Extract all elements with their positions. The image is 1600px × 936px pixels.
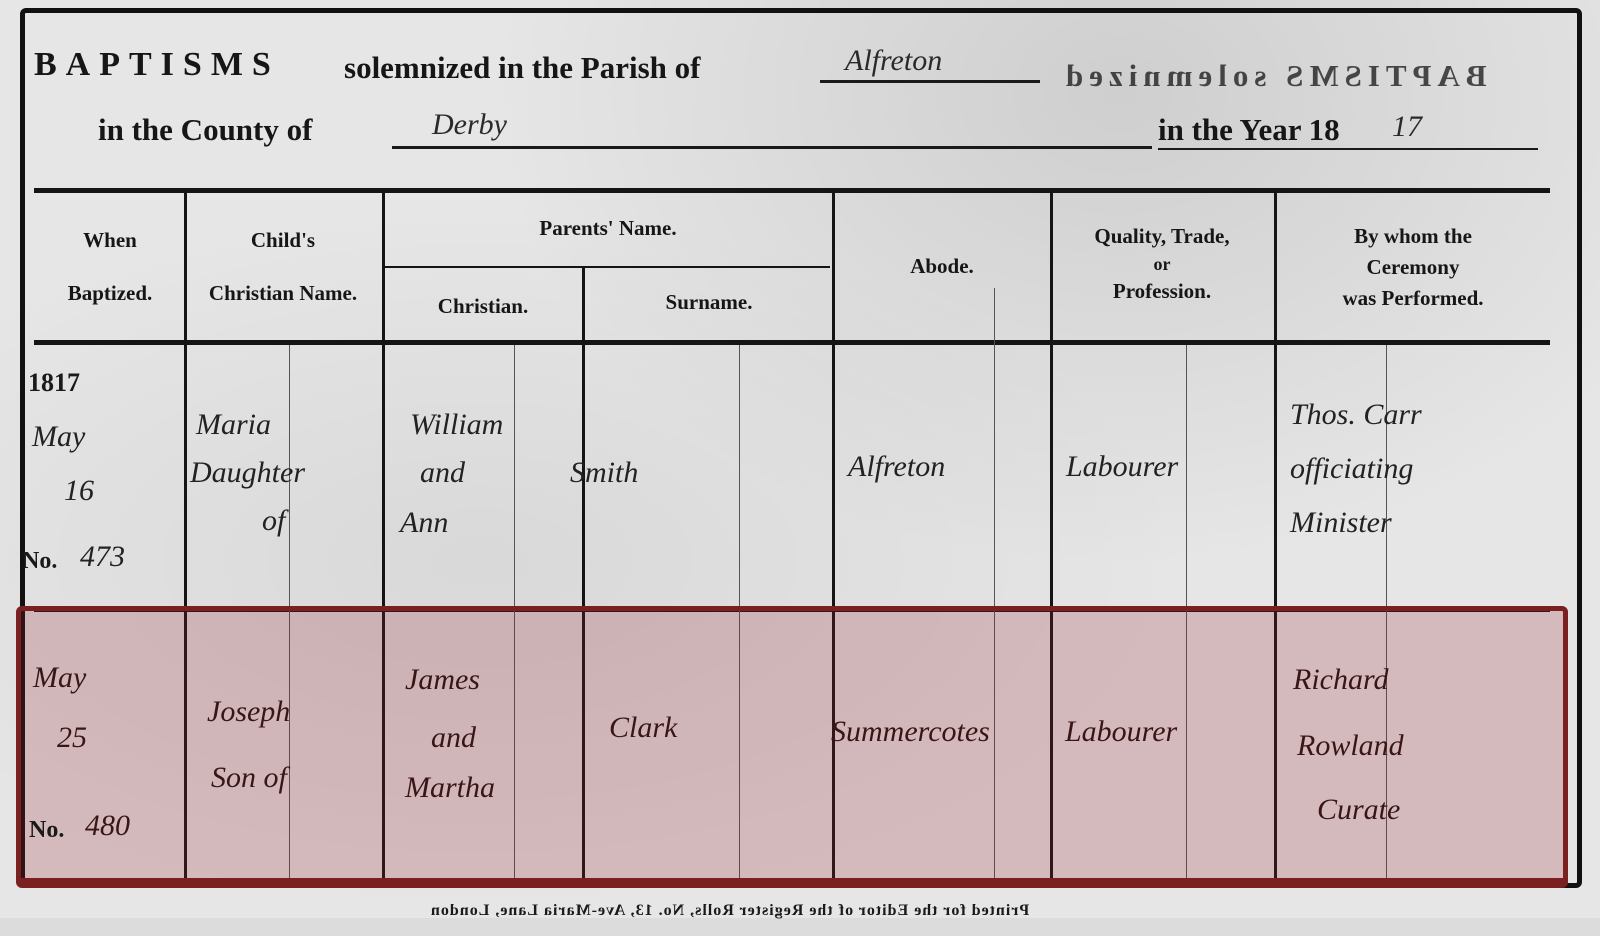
minister-surname: Rowland xyxy=(1297,729,1404,763)
parent-and: and xyxy=(431,721,476,755)
printer-imprint: Printed for the Editor of the Register R… xyxy=(430,902,1029,920)
parish-underline xyxy=(820,80,1040,83)
minister-title: Curate xyxy=(1317,793,1400,827)
county-name: Derby xyxy=(432,108,507,142)
header-trade-line1: Quality, Trade, xyxy=(1054,226,1270,247)
abode: Summercotes xyxy=(831,715,990,749)
header-parents-name: Parents' Name. xyxy=(388,218,828,239)
header-parents-surname: Surname. xyxy=(586,292,832,313)
minister-role: officiating xyxy=(1290,452,1413,486)
header-when: When Baptized. xyxy=(40,230,180,304)
parent-father: William xyxy=(410,408,503,442)
entry-day: 25 xyxy=(57,721,87,755)
child-name: Maria xyxy=(196,408,271,442)
year-value: 17 xyxy=(1392,110,1422,144)
header-minister-line1: By whom the xyxy=(1280,226,1546,247)
trade: Labourer xyxy=(1065,715,1177,749)
entry-day: 16 xyxy=(64,474,94,508)
header-parents-christian: Christian. xyxy=(388,296,578,317)
child-relation: Daughter xyxy=(190,456,305,490)
year-underline xyxy=(1158,148,1538,150)
header-when-line1: When xyxy=(40,230,180,251)
year-label: in the Year 18 xyxy=(1158,112,1340,148)
parent-father: James xyxy=(405,663,480,697)
header-trade: Quality, Trade, or Profession. xyxy=(1054,226,1270,302)
abode: Alfreton xyxy=(848,450,945,484)
trade: Labourer xyxy=(1066,450,1178,484)
table-top-rule xyxy=(34,188,1550,193)
entry-number-label: No. xyxy=(22,548,57,575)
header-child-line2: Christian Name. xyxy=(188,283,378,304)
register-page: BAPTISMS solemnized in the Parish of Alf… xyxy=(0,0,1600,936)
minister-name: Thos. Carr xyxy=(1290,398,1422,432)
parent-and: and xyxy=(420,456,465,490)
county-label: in the County of xyxy=(98,112,312,148)
parents-subheader-rule xyxy=(384,266,830,268)
entry-month: May xyxy=(32,420,85,454)
header-child-line1: Child's xyxy=(188,230,378,251)
child-relation: Son of xyxy=(211,761,287,795)
county-underline xyxy=(392,146,1152,149)
entry-number-label: No. xyxy=(29,817,64,844)
parent-mother: Ann xyxy=(400,506,448,540)
header-trade-line3: Profession. xyxy=(1054,281,1270,302)
parent-mother: Martha xyxy=(405,771,495,805)
child-relation-of: of xyxy=(262,504,285,538)
highlighted-entry-480: May 25 No. 480 Joseph Son of James and M… xyxy=(16,606,1568,888)
header-abode: Abode. xyxy=(836,256,1048,277)
minister-name: Richard xyxy=(1293,663,1389,697)
header-when-line2: Baptized. xyxy=(40,283,180,304)
header-bottom-rule xyxy=(34,340,1550,345)
minister-title: Minister xyxy=(1290,506,1392,540)
parent-surname: Smith xyxy=(570,456,638,490)
entry-year: 1817 xyxy=(28,368,80,398)
child-name: Joseph xyxy=(207,695,290,729)
header-minister: By whom the Ceremony was Performed. xyxy=(1280,226,1546,309)
header-minister-line3: was Performed. xyxy=(1280,288,1546,309)
header-child: Child's Christian Name. xyxy=(188,230,378,304)
entry-number: 473 xyxy=(80,540,125,574)
parent-surname: Clark xyxy=(609,711,677,745)
mirrored-bleed-text: BAPTISMS solemnized xyxy=(1060,58,1487,94)
parish-name: Alfreton xyxy=(845,44,942,78)
entry-month: May xyxy=(33,661,86,695)
header-trade-line2: or xyxy=(1054,255,1270,273)
entry-number: 480 xyxy=(85,809,130,843)
next-page-strip xyxy=(0,918,1600,936)
register-title-rest: solemnized in the Parish of xyxy=(344,50,701,86)
register-title: BAPTISMS xyxy=(34,46,280,84)
header-minister-line2: Ceremony xyxy=(1280,257,1546,278)
